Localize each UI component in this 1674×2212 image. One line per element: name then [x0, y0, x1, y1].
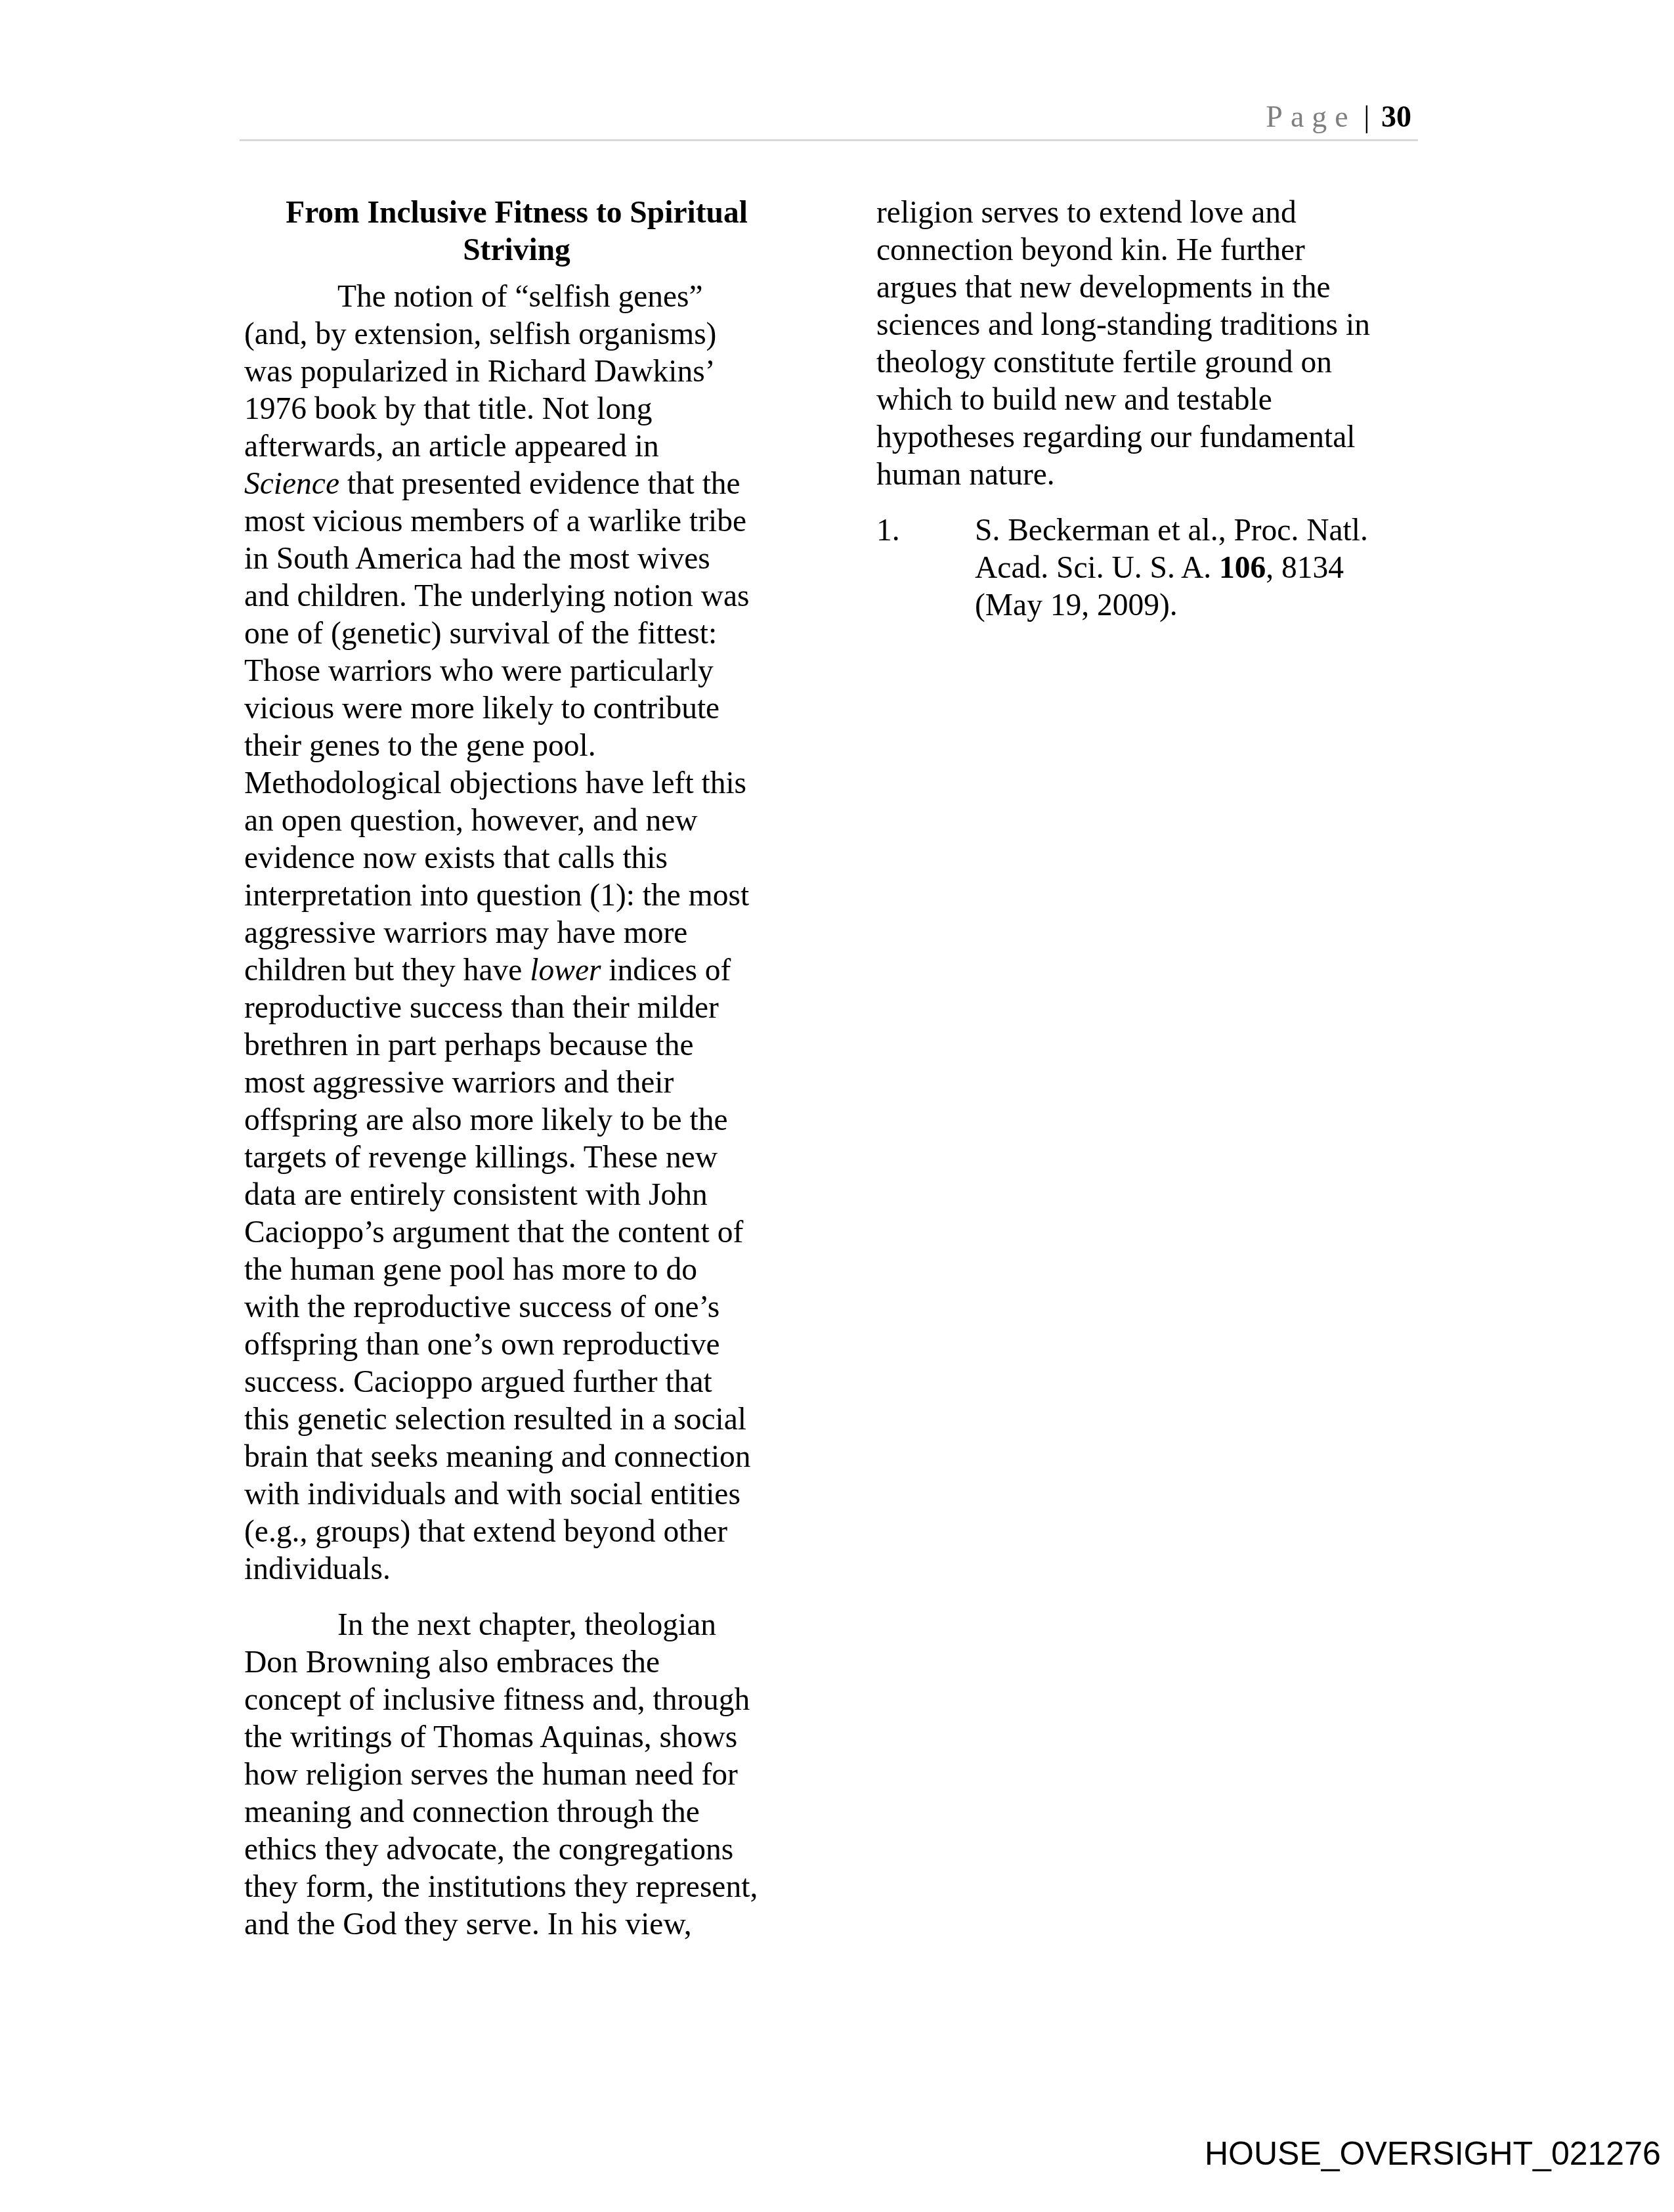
- body-paragraph-continued: religion serves to extend love and conne…: [876, 194, 1421, 494]
- text-line: most vicious members of a warlike tribe: [244, 503, 789, 540]
- page-header: Page | 30: [240, 92, 1418, 141]
- text-line: concept of inclusive fitness and, throug…: [244, 1681, 789, 1719]
- text-line: The notion of “selfish genes”: [244, 278, 789, 316]
- text-line: argues that new developments in the: [876, 269, 1421, 307]
- text-line: the writings of Thomas Aquinas, shows: [244, 1719, 789, 1756]
- text-line: offspring are also more likely to be the: [244, 1102, 789, 1139]
- body-paragraph-2: In the next chapter, theologian Don Brow…: [244, 1607, 789, 1943]
- emphasis-lower: lower: [530, 953, 601, 987]
- text-line: meaning and connection through the: [244, 1794, 789, 1831]
- text-line: most aggressive warriors and their: [244, 1064, 789, 1102]
- text-line: aggressive warriors may have more: [244, 915, 789, 952]
- page-separator: |: [1363, 100, 1369, 133]
- text-line: Science that presented evidence that the: [244, 466, 789, 503]
- citation-line: S. Beckerman et al., Proc. Natl.: [975, 512, 1421, 550]
- text-line: which to build new and testable: [876, 381, 1421, 419]
- left-column: From Inclusive Fitness to Spiritual Stri…: [244, 194, 789, 1962]
- text-line: how religion serves the human need for: [244, 1756, 789, 1794]
- text-line: reproductive success than their milder: [244, 989, 789, 1027]
- journal-title-science: Science: [244, 467, 339, 501]
- text-line: an open question, however, and new: [244, 802, 789, 840]
- text-line: individuals.: [244, 1551, 789, 1588]
- text-line: connection beyond kin. He further: [876, 232, 1421, 269]
- text-line: with the reproductive success of one’s: [244, 1289, 789, 1326]
- text-line: Don Browning also embraces the: [244, 1644, 789, 1681]
- text-line: vicious were more likely to contribute: [244, 690, 789, 727]
- text-line: success. Cacioppo argued further that: [244, 1364, 789, 1401]
- citation-line: Acad. Sci. U. S. A. 106, 8134: [975, 550, 1421, 587]
- right-column: religion serves to extend love and conne…: [876, 194, 1421, 624]
- text-line: one of (genetic) survival of the fittest…: [244, 615, 789, 653]
- text-line: in South America had the most wives: [244, 540, 789, 578]
- text-line: and the God they serve. In his view,: [244, 1906, 789, 1943]
- text-line: Cacioppo’s argument that the content of: [244, 1214, 789, 1251]
- reference-number: 1.: [876, 512, 975, 624]
- text-line: brain that seeks meaning and connection: [244, 1439, 789, 1476]
- text-line: targets of revenge killings. These new: [244, 1139, 789, 1177]
- text-fragment: that presented evidence that the: [339, 467, 740, 501]
- reference-item: 1. S. Beckerman et al., Proc. Natl. Acad…: [876, 512, 1421, 624]
- heading-line: From Inclusive Fitness to Spiritual: [244, 194, 789, 232]
- text-line: sciences and long-standing traditions in: [876, 307, 1421, 344]
- page-number-label: Page | 30: [1266, 98, 1411, 135]
- text-line: with individuals and with social entitie…: [244, 1476, 789, 1513]
- text-line: children but they have lower indices of: [244, 952, 789, 989]
- text-line: they form, the institutions they represe…: [244, 1869, 789, 1906]
- text-line: In the next chapter, theologian: [244, 1607, 789, 1644]
- text-line: Those warriors who were particularly: [244, 653, 789, 690]
- text-line: this genetic selection resulted in a soc…: [244, 1401, 789, 1439]
- volume-number: 106: [1219, 551, 1266, 585]
- page-word: Page: [1266, 100, 1356, 133]
- section-heading: From Inclusive Fitness to Spiritual Stri…: [244, 194, 789, 269]
- text-line: interpretation into question (1): the mo…: [244, 877, 789, 915]
- text-line: data are entirely consistent with John: [244, 1177, 789, 1214]
- text-line: religion serves to extend love and: [876, 194, 1421, 232]
- text-line: afterwards, an article appeared in: [244, 428, 789, 466]
- bates-stamp: HOUSE_OVERSIGHT_021276: [1205, 2134, 1661, 2173]
- text-line: was popularized in Richard Dawkins’: [244, 353, 789, 391]
- text-line: (e.g., groups) that extend beyond other: [244, 1513, 789, 1551]
- text-fragment: indices of: [601, 953, 731, 987]
- reference-citation: S. Beckerman et al., Proc. Natl. Acad. S…: [975, 512, 1421, 624]
- text-line: evidence now exists that calls this: [244, 840, 789, 877]
- text-line: 1976 book by that title. Not long: [244, 391, 789, 428]
- text-line: hypotheses regarding our fundamental: [876, 419, 1421, 456]
- page-number: 30: [1381, 100, 1411, 133]
- text-line: offspring than one’s own reproductive: [244, 1326, 789, 1364]
- text-fragment: children but they have: [244, 953, 530, 987]
- text-line: Methodological objections have left this: [244, 765, 789, 802]
- body-paragraph-1: The notion of “selfish genes” (and, by e…: [244, 278, 789, 1588]
- text-fragment: Acad. Sci. U. S. A.: [975, 551, 1219, 585]
- text-line: theology constitute fertile ground on: [876, 344, 1421, 381]
- text-line: ethics they advocate, the congregations: [244, 1831, 789, 1869]
- text-line: and children. The underlying notion was: [244, 578, 789, 615]
- text-line: (and, by extension, selfish organisms): [244, 316, 789, 353]
- text-fragment: , 8134: [1266, 551, 1344, 585]
- heading-line: Striving: [244, 232, 789, 269]
- citation-line: (May 19, 2009).: [975, 587, 1421, 624]
- text-line: human nature.: [876, 456, 1421, 494]
- text-line: the human gene pool has more to do: [244, 1251, 789, 1289]
- text-line: their genes to the gene pool.: [244, 727, 789, 765]
- text-line: brethren in part perhaps because the: [244, 1027, 789, 1064]
